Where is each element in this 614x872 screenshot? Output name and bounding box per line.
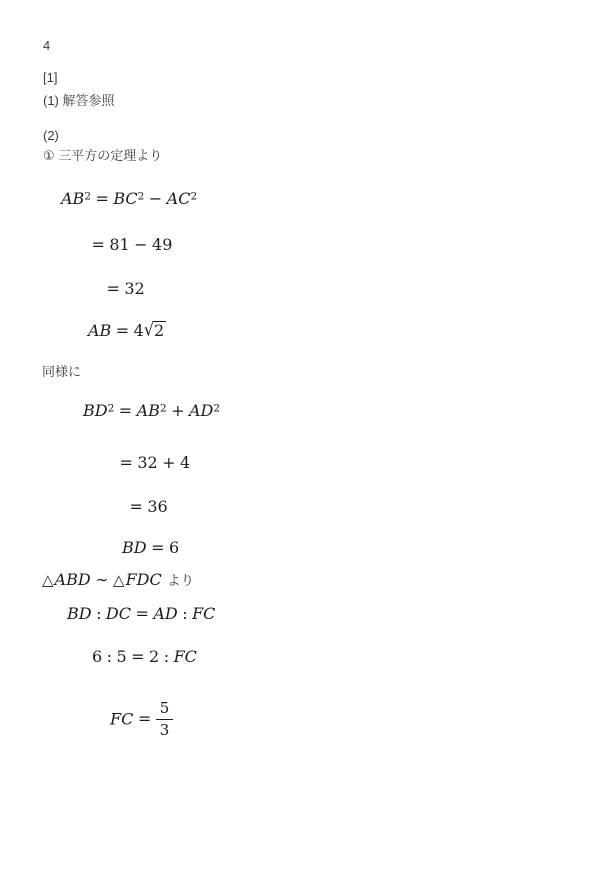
fraction-numerator: 5 [156, 700, 174, 720]
similar-triangles-statement: △ABD∼△FDCより [42, 572, 194, 588]
math-number: 2 [154, 321, 164, 340]
math-superscript: 2 [213, 402, 220, 414]
math-operator: = [119, 453, 132, 472]
equation-32-plus-4: =32+4 [115, 455, 190, 471]
radicand: 2 [153, 321, 166, 340]
math-variable: FC [174, 647, 197, 666]
similarly-note: 同様に [42, 364, 81, 380]
math-number: 2 [149, 647, 159, 666]
solution-page: 4 [1] (1) 解答参照 (2) ① 三平方の定理より AB2=BC2−AC… [0, 0, 614, 872]
square-root: √2 [144, 321, 166, 340]
math-variable: AB [61, 189, 84, 208]
math-superscript: 2 [190, 190, 197, 202]
math-operator: = [151, 538, 164, 557]
math-operator: = [129, 497, 142, 516]
math-operator: = [138, 709, 151, 728]
math-operator: : [164, 647, 169, 666]
fraction-denominator: 3 [156, 720, 174, 739]
equation-equals-36: =36 [125, 499, 168, 515]
math-number: 4 [134, 321, 144, 340]
japanese-text: より [167, 573, 194, 588]
math-operator: ∼ [95, 570, 108, 589]
math-variable: FDC [126, 570, 162, 589]
equation-ratio-bd-dc: BD:DC=AD:FC [67, 606, 215, 622]
math-variable: ABD [55, 570, 91, 589]
math-operator: − [149, 189, 162, 208]
problem-label: [1] [43, 70, 57, 86]
equation-bd-squared: BD2=AB2+AD2 [83, 403, 220, 419]
math-variable: DC [106, 604, 131, 623]
math-variable: AD [153, 604, 177, 623]
math-variable: AB [137, 401, 160, 420]
equation-81-minus-49: =81−49 [87, 237, 172, 253]
equation-ab-squared: AB2=BC2−AC2 [61, 191, 197, 207]
math-operator: = [91, 235, 104, 254]
math-variable: AC [167, 189, 191, 208]
math-operator: − [134, 235, 147, 254]
math-number: 5 [160, 699, 170, 717]
math-number: 4 [180, 453, 190, 472]
math-number: 36 [147, 497, 167, 516]
math-variable: BD [67, 604, 92, 623]
triangle-symbol: △ [113, 571, 125, 589]
equation-fc-value: FC=53 [110, 700, 173, 740]
math-variable: BD [122, 538, 147, 557]
page-number: 4 [43, 38, 50, 54]
math-operator: = [131, 647, 144, 666]
triangle-symbol: △ [42, 571, 54, 589]
fraction: 53 [156, 700, 174, 740]
equation-ab-value: AB=4√2 [88, 321, 166, 340]
radical-sign: √ [144, 321, 154, 339]
math-operator: = [116, 321, 129, 340]
math-superscript: 2 [84, 190, 91, 202]
math-variable: AB [88, 321, 111, 340]
math-variable: AD [189, 401, 213, 420]
math-variable: FC [192, 604, 215, 623]
math-number: 81 [109, 235, 129, 254]
math-operator: = [135, 604, 148, 623]
math-operator: : [107, 647, 112, 666]
math-operator: = [106, 279, 119, 298]
math-number: 5 [117, 647, 127, 666]
math-operator: : [96, 604, 101, 623]
math-superscript: 2 [160, 402, 167, 414]
part2-label: (2) [43, 128, 59, 144]
math-operator: + [171, 401, 184, 420]
part1-answer-reference: (1) 解答参照 [43, 93, 115, 109]
math-operator: + [162, 453, 175, 472]
equation-bd-value: BD=6 [122, 540, 179, 556]
math-superscript: 2 [138, 190, 145, 202]
math-operator: : [182, 604, 187, 623]
math-variable: BC [113, 189, 137, 208]
math-operator: = [119, 401, 132, 420]
math-number: 3 [160, 721, 170, 739]
math-superscript: 2 [108, 402, 115, 414]
math-number: 32 [124, 279, 144, 298]
math-number: 49 [152, 235, 172, 254]
equation-equals-32: =32 [102, 281, 145, 297]
math-number: 6 [169, 538, 179, 557]
step1-pythagorean-note: ① 三平方の定理より [43, 148, 162, 164]
math-number: 6 [92, 647, 102, 666]
equation-ratio-6-5: 6:5=2:FC [92, 649, 197, 665]
math-operator: = [95, 189, 108, 208]
math-variable: BD [83, 401, 108, 420]
math-number: 32 [137, 453, 157, 472]
math-variable: FC [110, 709, 133, 728]
